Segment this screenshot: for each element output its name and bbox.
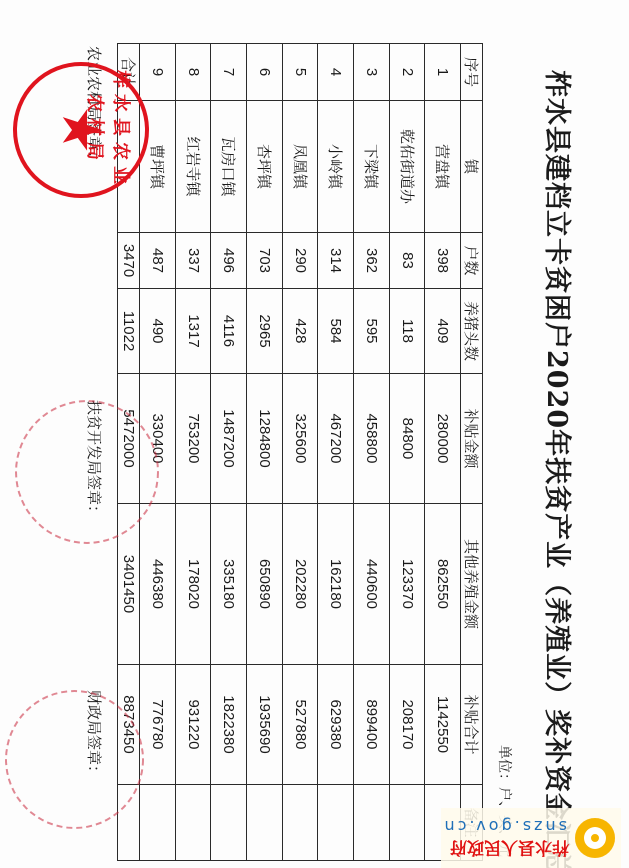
cell-total: 899400	[354, 665, 390, 785]
cell-subsidy: 280000	[425, 374, 461, 504]
cell-note	[389, 785, 425, 861]
cell-pigs: 1317	[175, 289, 211, 374]
cell-town: 下梁镇	[354, 101, 390, 233]
table-header-row: 序号 镇 户数 养猪头数 补贴金额 其他养殖金额 补贴合计 备注	[461, 44, 483, 861]
header-no: 序号	[461, 44, 483, 101]
cell-households: 83	[389, 233, 425, 289]
cell-other: 446380	[140, 504, 176, 665]
total-note	[118, 785, 140, 861]
cell-no: 5	[282, 44, 318, 101]
cell-households: 496	[211, 233, 247, 289]
cell-households: 487	[140, 233, 176, 289]
rotated-document-page: 柞水县建档立卡贫困户2020年扶贫产业（养殖业）奖补资金汇总表 单位：户、头、元…	[0, 0, 629, 868]
cell-no: 4	[318, 44, 354, 101]
cell-households: 398	[425, 233, 461, 289]
table-row: 2乾佑街道办8311884800123370208170	[389, 44, 425, 861]
cell-pigs: 4116	[211, 289, 247, 374]
cell-total: 629380	[318, 665, 354, 785]
cell-subsidy: 1487200	[211, 374, 247, 504]
cell-town: 乾佑街道办	[389, 101, 425, 233]
cell-subsidy: 458800	[354, 374, 390, 504]
cell-total: 1142550	[425, 665, 461, 785]
cell-no: 1	[425, 44, 461, 101]
table-row: 8红岩寺镇3371317753200178020931220	[175, 44, 211, 861]
cell-households: 362	[354, 233, 390, 289]
table-row: 6杏坪镇703296512848006508901935690	[247, 44, 283, 861]
header-total: 补贴合计	[461, 665, 483, 785]
cell-note	[354, 785, 390, 861]
cell-no: 8	[175, 44, 211, 101]
cell-total: 1935690	[247, 665, 283, 785]
cell-other: 202280	[282, 504, 318, 665]
cell-pigs: 118	[389, 289, 425, 374]
cell-note	[247, 785, 283, 861]
cell-households: 703	[247, 233, 283, 289]
cell-subsidy: 467200	[318, 374, 354, 504]
cell-town: 凤凰镇	[282, 101, 318, 233]
cell-households: 337	[175, 233, 211, 289]
cell-note	[175, 785, 211, 861]
cell-other: 650890	[247, 504, 283, 665]
total-subsidy: 5472000	[118, 374, 140, 504]
cell-total: 208170	[389, 665, 425, 785]
cell-total: 776780	[140, 665, 176, 785]
total-label: 合计	[118, 44, 140, 101]
cell-total: 527880	[282, 665, 318, 785]
sun-logo-icon	[575, 818, 615, 858]
total-sum: 8873450	[118, 665, 140, 785]
total-households: 3470	[118, 233, 140, 289]
agriculture-bureau-signature: 农业农村局签章：	[84, 46, 105, 166]
cell-pigs: 2965	[247, 289, 283, 374]
total-pigs: 11022	[118, 289, 140, 374]
cell-note	[318, 785, 354, 861]
cell-pigs: 409	[425, 289, 461, 374]
cell-subsidy: 753200	[175, 374, 211, 504]
total-other: 3401450	[118, 504, 140, 665]
cell-note	[282, 785, 318, 861]
header-other: 其他养殖金额	[461, 504, 483, 665]
cell-subsidy: 330400	[140, 374, 176, 504]
cell-pigs: 584	[318, 289, 354, 374]
header-town: 镇	[461, 101, 483, 233]
cell-no: 2	[389, 44, 425, 101]
table-row: 1营盘镇3984092800008625501142550	[425, 44, 461, 861]
cell-total: 1822380	[211, 665, 247, 785]
cell-subsidy: 325600	[282, 374, 318, 504]
finance-bureau-signature: 财政局签章：	[84, 690, 105, 780]
cell-no: 6	[247, 44, 283, 101]
cell-pigs: 490	[140, 289, 176, 374]
watermark-site-name: 柞水县人民政府	[450, 837, 569, 862]
cell-pigs: 428	[282, 289, 318, 374]
header-households: 户数	[461, 233, 483, 289]
subsidy-summary-table: 序号 镇 户数 养猪头数 补贴金额 其他养殖金额 补贴合计 备注 1营盘镇398…	[117, 43, 483, 861]
watermark-url[interactable]: snzs.gov.cn	[442, 817, 568, 836]
site-watermark: 柞水县人民政府 snzs.gov.cn	[441, 800, 621, 868]
cell-town: 杏坪镇	[247, 101, 283, 233]
table-row: 7瓦房口镇496411614872003351801822380	[211, 44, 247, 861]
table-total-row: 合计 3470 11022 5472000 3401450 8873450	[118, 44, 140, 861]
table-row: 4小岭镇314584467200162180629380	[318, 44, 354, 861]
cell-households: 314	[318, 233, 354, 289]
cell-town: 营盘镇	[425, 101, 461, 233]
poverty-office-signature: 扶贫开发局签章：	[84, 400, 105, 520]
table-row: 5凤凰镇290428325600202280527880	[282, 44, 318, 861]
cell-other: 862550	[425, 504, 461, 665]
cell-town: 红岩寺镇	[175, 101, 211, 233]
table-row: 9曹坪镇487490330400446380776780	[140, 44, 176, 861]
cell-note	[140, 785, 176, 861]
cell-town: 小岭镇	[318, 101, 354, 233]
table-row: 3下梁镇362595458800440600899400	[354, 44, 390, 861]
header-pigs: 养猪头数	[461, 289, 483, 374]
cell-subsidy: 1284800	[247, 374, 283, 504]
cell-no: 9	[140, 44, 176, 101]
cell-other: 162180	[318, 504, 354, 665]
cell-other: 440600	[354, 504, 390, 665]
cell-other: 123370	[389, 504, 425, 665]
cell-no: 3	[354, 44, 390, 101]
cell-pigs: 595	[354, 289, 390, 374]
cell-note	[211, 785, 247, 861]
cell-town: 瓦房口镇	[211, 101, 247, 233]
total-town	[118, 101, 140, 233]
header-subsidy: 补贴金额	[461, 374, 483, 504]
cell-households: 290	[282, 233, 318, 289]
cell-total: 931220	[175, 665, 211, 785]
cell-other: 178020	[175, 504, 211, 665]
cell-no: 7	[211, 44, 247, 101]
document-title: 柞水县建档立卡贫困户2020年扶贫产业（养殖业）奖补资金汇总表	[540, 70, 579, 820]
cell-town: 曹坪镇	[140, 101, 176, 233]
cell-subsidy: 84800	[389, 374, 425, 504]
cell-other: 335180	[211, 504, 247, 665]
